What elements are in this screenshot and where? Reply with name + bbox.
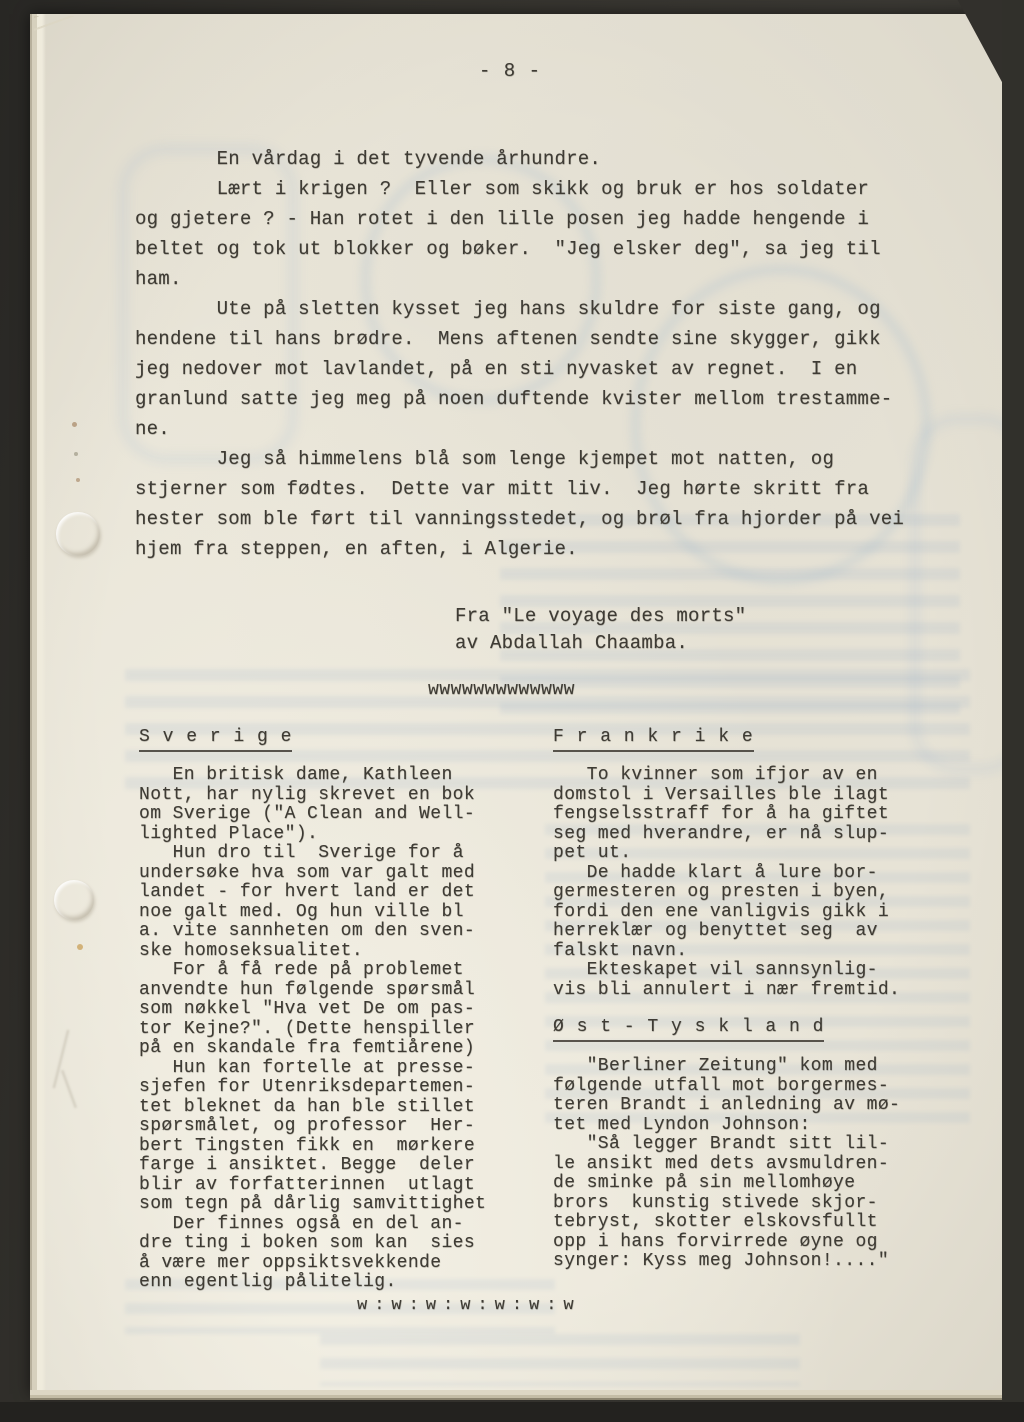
end-of-page-divider: w:w:w:w:w:w:w	[357, 1296, 581, 1315]
column-sverige: S v e r i g e En britisk dame, Kathleen …	[139, 727, 499, 1293]
scanned-document-photo: { "colors": { "paper": "#e9e5d8", "ink":…	[0, 0, 1024, 1422]
heading-sverige: S v e r i g e	[139, 727, 292, 752]
stacked-sheets-edge	[34, 16, 184, 106]
frankrike-article-text: To kvinner som ifjor av en domstol i Ver…	[553, 766, 913, 1000]
sverige-article-text: En britisk dame, Kathleen Nott, har nyli…	[139, 766, 499, 1293]
column-frankrike-ost-tyskland: F r a n k r i k e To kvinner som ifjor a…	[553, 727, 913, 1272]
paper-speck	[74, 452, 78, 456]
heading-frankrike: F r a n k r i k e	[553, 727, 754, 752]
scan-backdrop-right	[1002, 0, 1024, 1422]
paper-speck	[77, 944, 83, 950]
paper-speck	[72, 422, 77, 427]
poem-attribution: Fra "Le voyage des morts" av Abdallah Ch…	[455, 603, 746, 657]
poem-text: En vårdag i det tyvende århundre. Lært i…	[135, 144, 904, 564]
fastener-ring-emboss	[54, 880, 94, 920]
paper-speck	[76, 478, 80, 482]
emboss-mark	[61, 1070, 77, 1108]
fastener-ring-emboss	[56, 512, 100, 556]
heading-ost-tyskland: Ø s t - T y s k l a n d	[553, 1017, 824, 1042]
bleed-through-text	[320, 1334, 800, 1386]
document-page: - 8 - En vårdag i det tyvende århundre. …	[30, 14, 1002, 1394]
scan-backdrop-bottom	[0, 1402, 1024, 1422]
ost-tyskland-article-text: "Berliner Zeitung" kom med følgende utfa…	[553, 1057, 913, 1272]
section-divider: wwwwwwwwwwwww	[428, 680, 575, 700]
paper-edge	[30, 14, 46, 1394]
page-number: - 8 -	[450, 60, 570, 82]
